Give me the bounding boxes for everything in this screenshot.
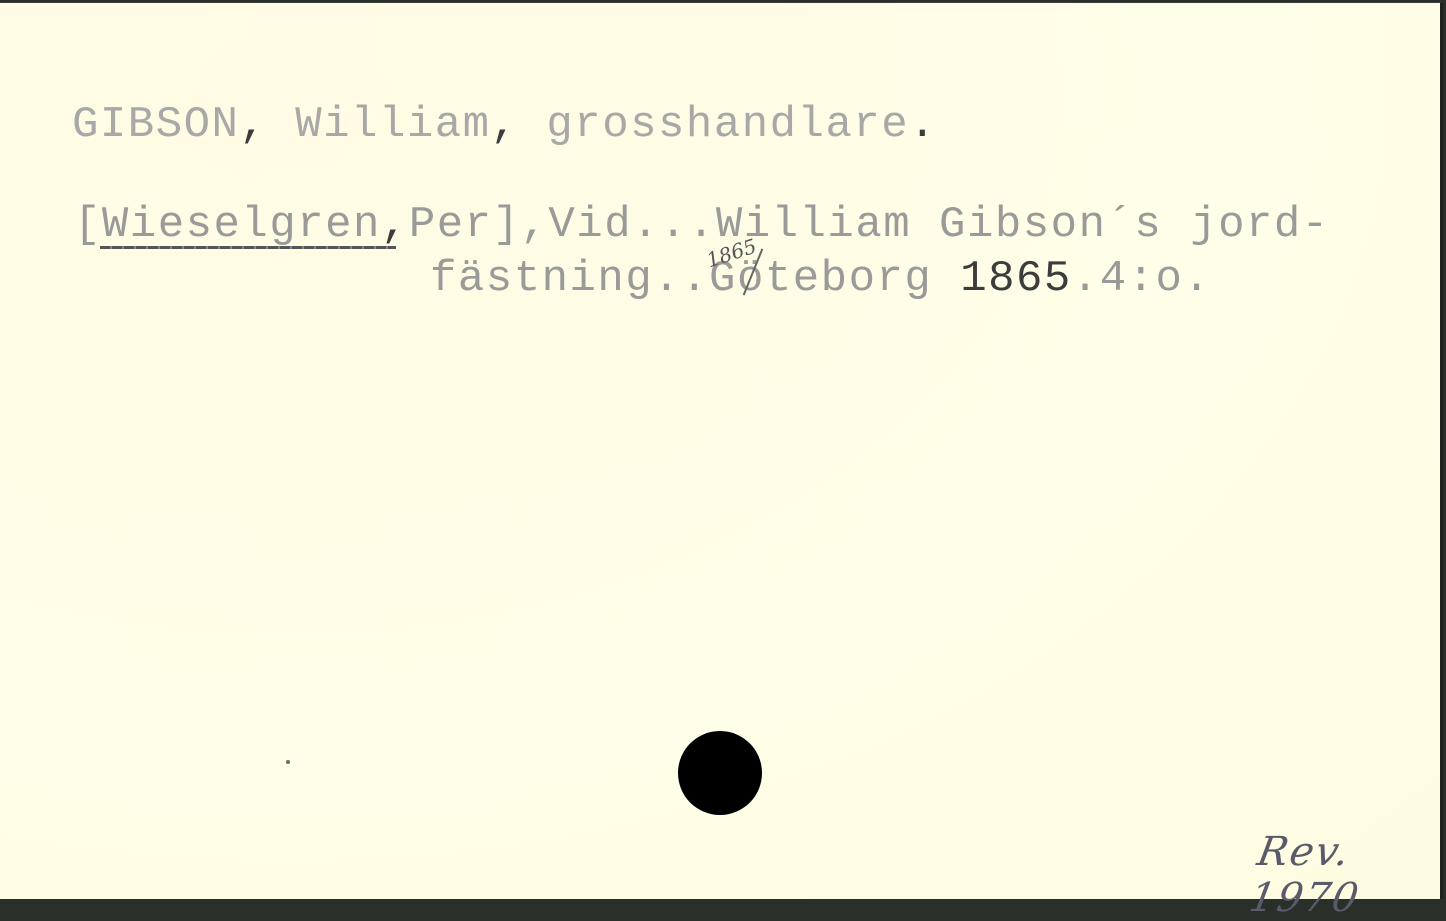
ink-speck [286, 760, 290, 764]
title-continuation: fästning.. [430, 254, 709, 304]
heading-given-name: William [295, 100, 490, 150]
heading-surname: GIBSON [72, 100, 239, 150]
publication-place: Göteborg [709, 254, 960, 304]
catalog-card: GIBSON, William, grosshandlare. [Wieselg… [0, 2, 1443, 898]
author-surname: Wieselgren [102, 200, 381, 250]
author-underline [100, 246, 396, 249]
publication-year: 1865 [960, 254, 1072, 304]
author-given-name: Per [409, 200, 493, 250]
punch-hole [678, 731, 762, 815]
title-line-1: [Wieselgren,Per],Vid...William Gibson´s … [74, 203, 1330, 247]
heading-entry: GIBSON, William, grosshandlare. [72, 103, 937, 147]
title-line-2: fästning..Göteborg 1865.4:o. [430, 257, 1211, 301]
book-format: .4:o. [1072, 254, 1212, 304]
title-text: ,Vid...William Gibson´s jord- [520, 200, 1329, 250]
heading-occupation: grosshandlare [546, 100, 909, 150]
revision-note: Rev. 1970 [1246, 829, 1446, 898]
